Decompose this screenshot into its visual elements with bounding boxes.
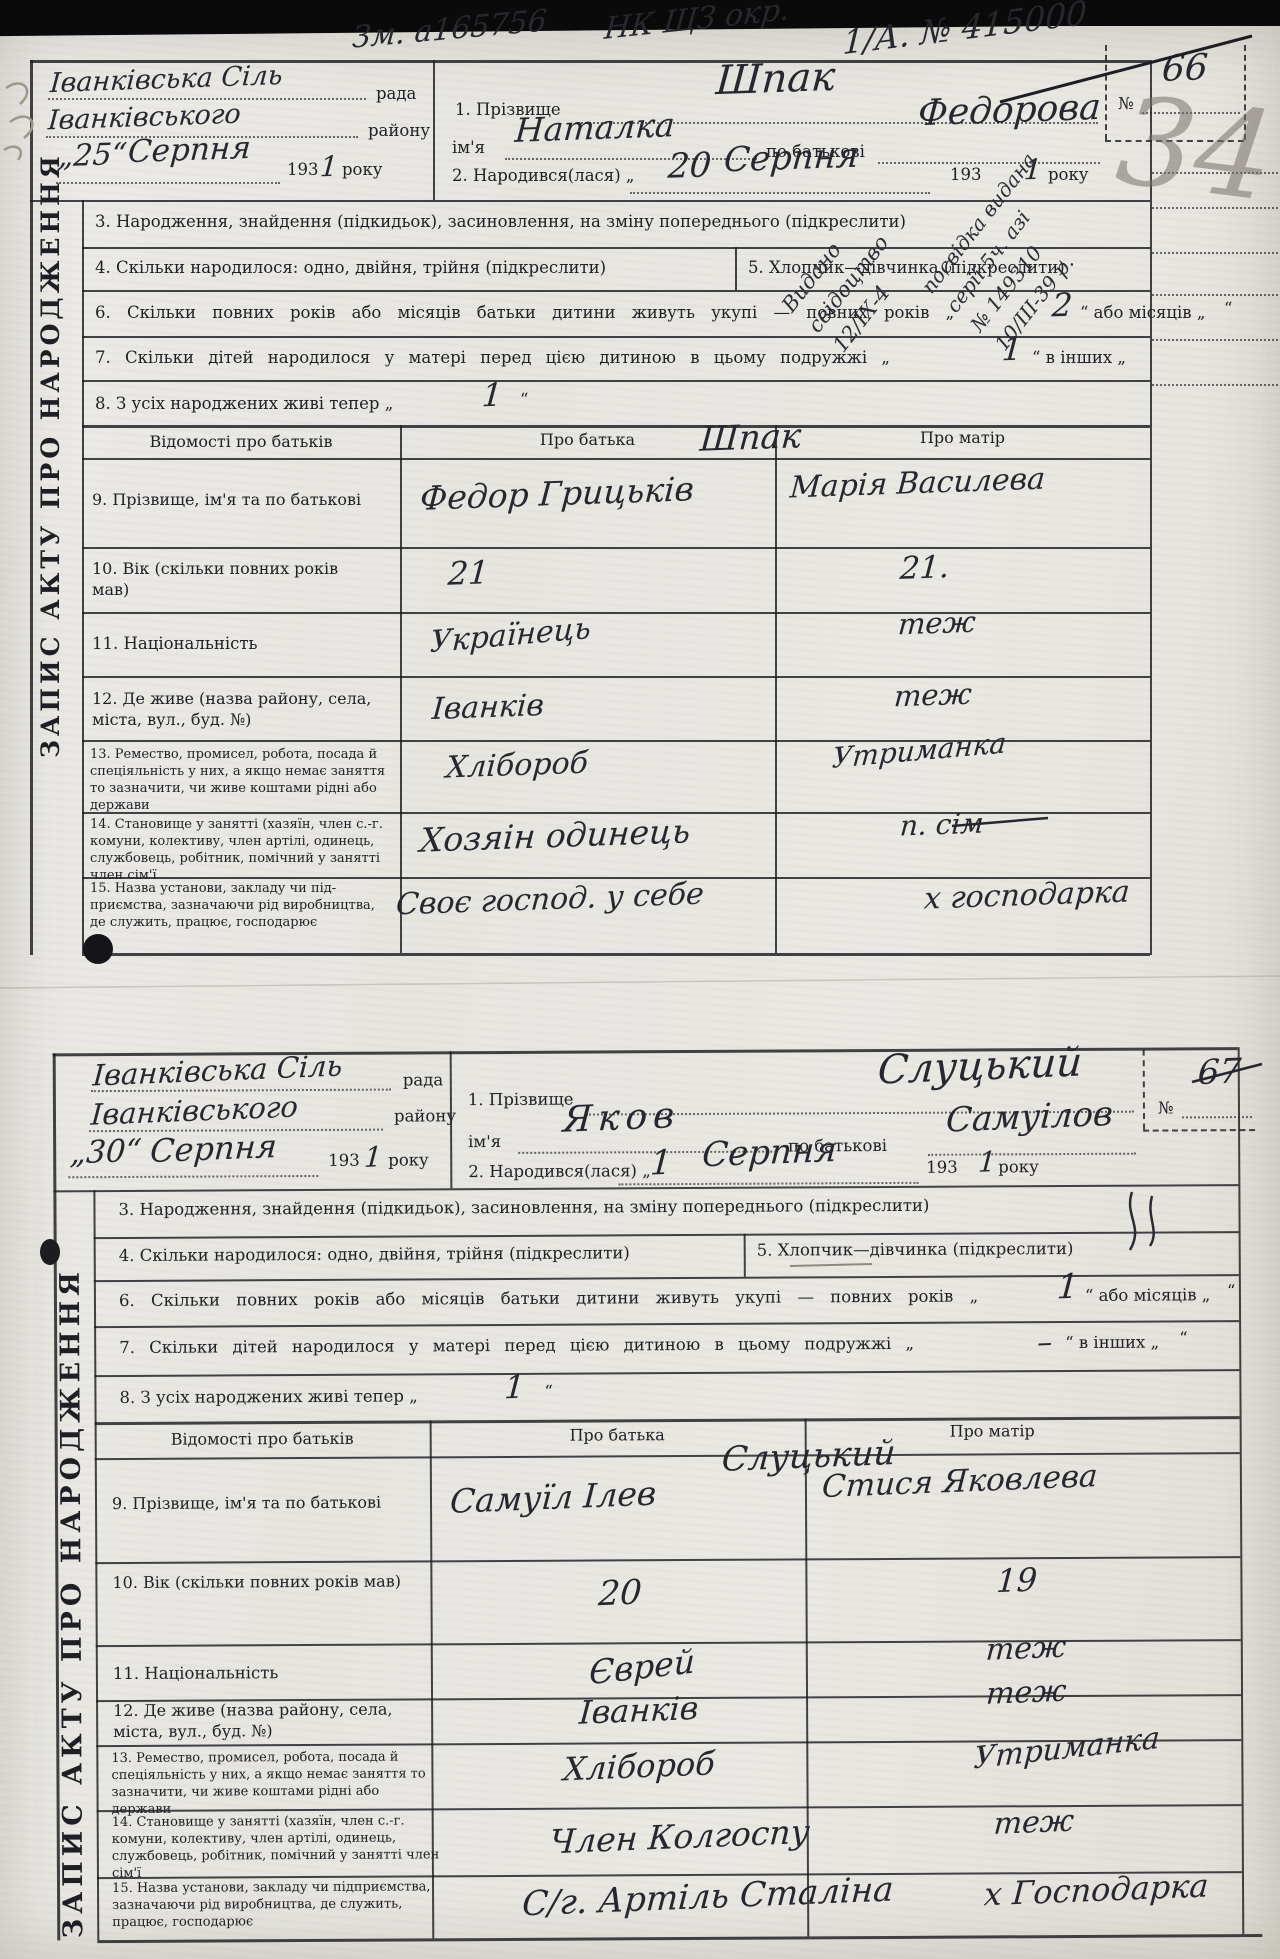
row8-value-handwritten: 1 bbox=[503, 1367, 526, 1406]
row3-label: 3. Народження, знайдення (підкидьок), за… bbox=[118, 1196, 929, 1219]
registration-day-handwritten: „30“ bbox=[69, 1133, 143, 1172]
roku-label: року bbox=[342, 160, 383, 179]
dotted-leader bbox=[1182, 1116, 1252, 1118]
row7-label-suffix: “ в інших „ bbox=[1065, 1333, 1159, 1352]
margin-dotted-line bbox=[1152, 384, 1278, 386]
birth-month-handwritten: Серпня bbox=[723, 136, 860, 181]
dotted-leader bbox=[505, 158, 757, 160]
father-fullname-handwritten: Самуїл Ілев bbox=[449, 1474, 658, 1521]
row5-label: 5. Хлопчик—дівчинка (підкреслити) bbox=[757, 1239, 1074, 1260]
name-label: ім'я bbox=[468, 1132, 501, 1151]
band-divider-line bbox=[93, 1190, 99, 1940]
father-status-handwritten: Член Колгоспу bbox=[549, 1812, 811, 1862]
district-name-handwritten: Іванківського bbox=[90, 1089, 299, 1131]
council-label: рада bbox=[376, 84, 416, 103]
registration-month-handwritten: Серпня bbox=[127, 130, 252, 170]
mother-residence-handwritten: теж bbox=[985, 1674, 1068, 1712]
row15-label: 15. Назва установи, закладу чи під­приєм… bbox=[112, 1878, 442, 1931]
roku-label: року bbox=[388, 1150, 429, 1169]
row11-label: 11. Національність bbox=[92, 634, 257, 653]
dotted-leader bbox=[630, 192, 930, 194]
surname-label: 1. Прізвище bbox=[468, 1090, 574, 1110]
table-header-parents: Відомості про батьків bbox=[82, 432, 400, 451]
mother-workplace-handwritten: х господарка bbox=[923, 874, 1131, 916]
child-patronymic-handwritten: Федорова bbox=[917, 87, 1103, 135]
margin-dotted-line bbox=[1152, 339, 1278, 341]
year-digit-handwritten: 1 bbox=[977, 1145, 997, 1179]
row14-label: 14. Становище у занятті (хазяїн, член с.… bbox=[112, 1812, 442, 1882]
row9-label: 9. Прізвище, ім'я та по батькові bbox=[112, 1493, 381, 1513]
table-header-line bbox=[82, 458, 1150, 460]
form-rule-line bbox=[94, 1320, 1239, 1328]
row7-label: 7. Скільки дітей народилося у матері пер… bbox=[119, 1334, 914, 1357]
quote-mark: “ bbox=[520, 390, 528, 409]
vertical-title: ЗАПИС АКТУ ПРО НАРОДЖЕННЯ bbox=[55, 1298, 89, 1938]
child-surname-handwritten: Слуцький bbox=[876, 1039, 1083, 1093]
child-name-handwritten: Наталка bbox=[514, 105, 676, 150]
table-column-divider bbox=[400, 425, 402, 953]
year-printed: 193 bbox=[287, 160, 319, 179]
row6-label: 6. Скільки повних років або місяців бать… bbox=[119, 1287, 978, 1310]
row6-value-handwritten: 1 bbox=[1056, 1267, 1080, 1308]
dotted-leader bbox=[928, 1153, 1136, 1156]
born-label: 2. Народився(лася) „ bbox=[452, 166, 634, 185]
quote-mark: “ bbox=[1224, 299, 1232, 318]
row13-label: 13. Ремество, промисел, робота, посада й… bbox=[111, 1748, 441, 1818]
band-divider-line bbox=[82, 200, 84, 953]
year-digit-handwritten: 1 bbox=[363, 1140, 383, 1174]
table-header-parents: Відомості про батьків bbox=[95, 1428, 430, 1449]
table-row-line bbox=[95, 1556, 1240, 1564]
father-occupation-handwritten: Хлібороб bbox=[562, 1744, 716, 1788]
mother-status-handwritten: п. сім bbox=[899, 806, 985, 842]
record-number-handwritten: 67 bbox=[1196, 1051, 1242, 1093]
child-name-handwritten: Яков bbox=[562, 1095, 682, 1141]
row10-label: 10. Вік (скільки повних років мав) bbox=[112, 1571, 402, 1594]
father-residence-handwritten: Іванків bbox=[578, 1689, 700, 1732]
pencil-page-number: 34 bbox=[1110, 69, 1280, 229]
margin-dotted-line bbox=[1152, 252, 1278, 254]
table-column-divider bbox=[775, 425, 777, 953]
row3-label: 3. Народження, знайдення (підкидьок), за… bbox=[95, 212, 906, 231]
district-label: району bbox=[368, 121, 430, 140]
registration-day-handwritten: „25“ bbox=[57, 137, 128, 175]
row11-label: 11. Національність bbox=[113, 1663, 279, 1683]
row8-value-handwritten: 1 bbox=[481, 376, 504, 415]
row7-label-suffix: “ в інших „ bbox=[1032, 348, 1126, 367]
year-printed: 193 bbox=[926, 1158, 958, 1177]
row12-label: 12. Де живе (назва району, села, міста, … bbox=[92, 688, 392, 730]
table-row-line bbox=[82, 676, 1150, 678]
row6-label-suffix: “ або місяців „ bbox=[1080, 303, 1205, 322]
birth-day-handwritten: 20 bbox=[667, 145, 713, 187]
year-printed: 193 bbox=[328, 1151, 360, 1170]
margin-dotted-line bbox=[1152, 294, 1278, 296]
mother-age-handwritten: 19 bbox=[995, 1560, 1038, 1600]
row7-value-handwritten: – bbox=[1036, 1325, 1053, 1361]
dotted-leader bbox=[56, 182, 280, 184]
form-left-border bbox=[30, 60, 33, 955]
mother-residence-handwritten: теж bbox=[893, 677, 973, 714]
number-box-border bbox=[1105, 45, 1107, 140]
table-column-divider bbox=[805, 1418, 810, 1936]
year-printed: 193 bbox=[950, 165, 982, 184]
roku-label: року bbox=[998, 1157, 1039, 1176]
family-surname-handwritten: Шпак bbox=[699, 416, 803, 460]
year-digit-handwritten: 1 bbox=[319, 150, 339, 184]
table-row-line bbox=[82, 612, 1150, 614]
row9-label: 9. Прізвище, ім'я та по батькові bbox=[92, 490, 361, 509]
quote-mark: “ bbox=[1179, 1328, 1188, 1347]
mother-occupation-handwritten: Утриманка bbox=[973, 1721, 1161, 1777]
form-rule-line bbox=[53, 1184, 1238, 1192]
number-label: № bbox=[1158, 1098, 1174, 1117]
row8-label: 8. З усіх народжених живі тепер „ bbox=[119, 1386, 417, 1407]
mother-nationality-handwritten: теж bbox=[985, 1630, 1068, 1668]
birth-day-handwritten: 1 bbox=[649, 1143, 673, 1184]
row4-5-divider bbox=[744, 1234, 746, 1277]
mother-status-handwritten: теж bbox=[993, 1804, 1076, 1842]
registration-month-handwritten: Серпня bbox=[149, 1127, 278, 1170]
vertical-title: ЗАПИС АКТУ ПРО НАРОДЖЕННЯ bbox=[36, 205, 65, 758]
row6-label-suffix: “ або місяців „ bbox=[1085, 1285, 1210, 1305]
form-bottom-border bbox=[82, 953, 1150, 956]
father-nationality-handwritten: Єврей bbox=[589, 1641, 696, 1692]
council-label: рада bbox=[403, 1070, 444, 1089]
form-rule-line bbox=[94, 1369, 1239, 1377]
name-label: ім'я bbox=[452, 138, 485, 157]
birth-record-form-67: № 67 ЗАПИС АКТУ ПРО НАРОДЖЕННЯ Іванківсь… bbox=[0, 0, 1280, 1959]
row4-label: 4. Скільки народилося: одно, двійня, трі… bbox=[119, 1243, 630, 1265]
mother-nationality-handwritten: теж bbox=[897, 605, 977, 642]
row10-label: 10. Вік (скільки повних років мав) bbox=[92, 558, 372, 600]
row8-label: 8. З усіх народжених живі тепер „ bbox=[95, 394, 393, 413]
mother-age-handwritten: 21. bbox=[899, 549, 951, 587]
form-rule-line bbox=[82, 380, 1150, 382]
form-right-border bbox=[1238, 1047, 1245, 1934]
father-age-handwritten: 20 bbox=[597, 1572, 643, 1614]
father-workplace-handwritten: С/г. Артіль Сталіна bbox=[521, 1869, 895, 1924]
row4-5-divider bbox=[735, 247, 737, 290]
row15-label: 15. Назва установи, закладу чи під­приєм… bbox=[90, 880, 390, 931]
district-label: району bbox=[394, 1106, 456, 1125]
birth-month-handwritten: Серпня bbox=[701, 1130, 838, 1176]
father-age-handwritten: 21 bbox=[447, 553, 490, 593]
father-occupation-handwritten: Хлібороб bbox=[445, 745, 589, 785]
form-bottom-border bbox=[97, 1934, 1262, 1943]
dotted-leader bbox=[878, 162, 1100, 164]
form-rule-line bbox=[94, 1231, 1239, 1239]
table-header-mother: Про матір bbox=[775, 428, 1150, 447]
row7-label: 7. Скільки дітей народилося у матері пер… bbox=[95, 348, 890, 367]
quote-mark: “ bbox=[544, 1382, 553, 1401]
row12-label: 12. Де живе (назва району, села, міста, … bbox=[113, 1698, 433, 1742]
row13-label: 13. Ремество, промисел, робота, посада й… bbox=[90, 746, 390, 815]
born-label: 2. Народився(лася) „ bbox=[468, 1161, 651, 1181]
quote-mark: “ bbox=[1227, 1281, 1236, 1300]
child-surname-handwritten: Шпак bbox=[714, 54, 836, 104]
row14-label: 14. Становище у занятті (хазяїн, член с.… bbox=[90, 816, 390, 885]
number-box-border bbox=[1143, 1050, 1145, 1130]
row4-label: 4. Скільки народилося: одно, двійня, трі… bbox=[95, 258, 606, 277]
header-column-divider bbox=[433, 60, 435, 200]
father-residence-handwritten: Іванків bbox=[431, 688, 545, 727]
child-patronymic-handwritten: Самуілов bbox=[945, 1094, 1114, 1141]
dotted-leader bbox=[68, 1175, 318, 1178]
mother-workplace-handwritten: х Господарка bbox=[983, 1866, 1210, 1913]
table-row-line bbox=[82, 547, 1150, 549]
